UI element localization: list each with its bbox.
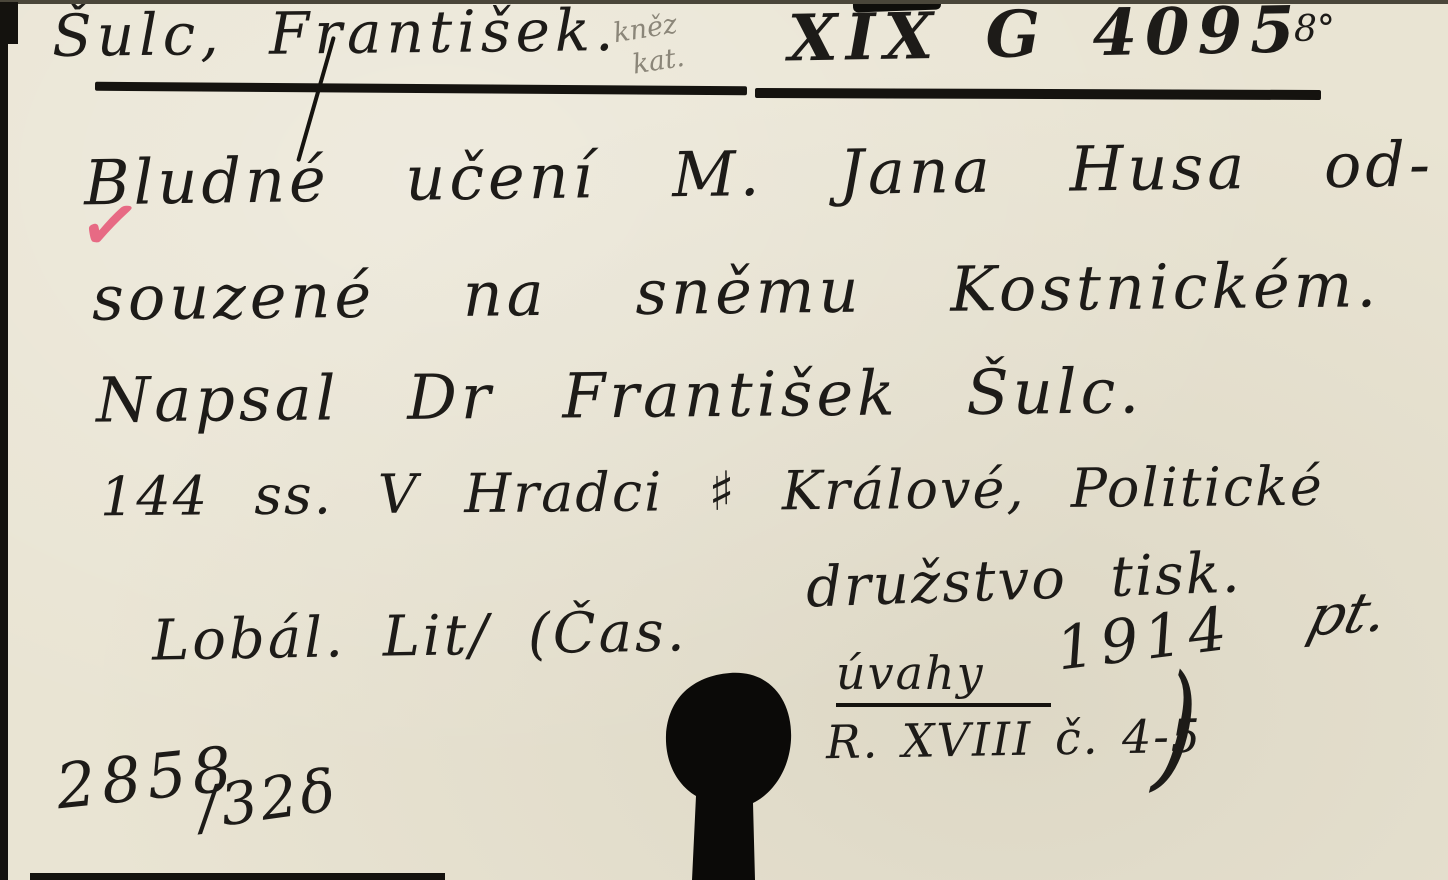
title-line-2: souzené na sněmu Kostnickém. [92,251,1381,333]
title-line-1: Bludné učení M. Jana Husa od- [84,131,1435,218]
series-reference: R. XVIII č. 4-5 [826,711,1203,768]
pencil-annotation: kněz kat. [611,7,687,84]
scan-edge-left [0,0,8,880]
scan-edge-top [0,0,1448,4]
accession-number-sub: /32δ [194,759,342,842]
imprint-line-1: 144 ss. V Hradci ♯ Králové, Politické [100,457,1324,527]
punch-hole [640,655,820,880]
note-left: Lobál. Lit/ (Čas. [152,601,689,672]
series-word: úvahy [836,648,1051,707]
statement-of-responsibility: Napsal Dr František Šulc. [96,357,1144,434]
header-underline-right [755,88,1321,100]
pencil-annotation-line2: kat. [630,41,687,83]
scan-edge-bottom [30,873,445,880]
author-heading: Šulc, František. [52,0,619,69]
catalog-card: Šulc, František. kněz kat. XIX G 4095 8°… [0,0,1448,880]
format-designation: 8° [1294,10,1335,50]
note-right: pt. [1301,581,1394,648]
scan-edge-corner [0,2,18,44]
header-underline-left [95,82,747,96]
